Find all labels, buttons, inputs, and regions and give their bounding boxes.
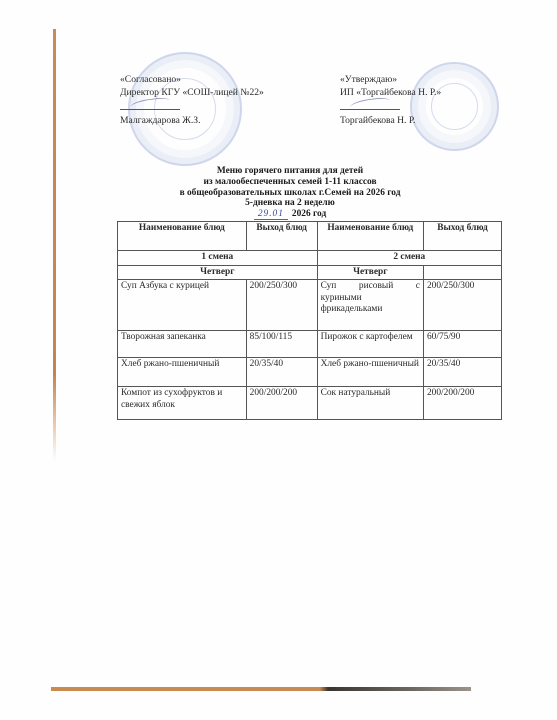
signature-icon bbox=[349, 96, 390, 112]
title-year: 2026 год bbox=[292, 209, 326, 219]
header-dish-name-1: Наименование блюд bbox=[118, 222, 247, 251]
table-row: Суп Азбука с курицей 200/250/300 Суп рис… bbox=[118, 280, 502, 331]
empty-cell bbox=[423, 265, 501, 280]
table-row: Творожная запеканка 85/100/115 Пирожок с… bbox=[118, 331, 502, 358]
portion-1: 200/200/200 bbox=[246, 387, 317, 420]
scan-edge-bottom bbox=[51, 687, 471, 691]
approval-position: ИП «Торгайбекова Н. Р.» bbox=[340, 87, 441, 100]
approval-block-approved: «Утверждаю» ИП «Торгайбекова Н. Р.» Торг… bbox=[340, 74, 441, 127]
approval-label: «Согласовано» bbox=[120, 74, 264, 87]
portion-2: 20/35/40 bbox=[423, 358, 501, 387]
day-row: Четверг Четверг bbox=[118, 265, 502, 280]
header-dish-name-2: Наименование блюд bbox=[317, 222, 423, 251]
approval-name: Торгайбекова Н. Р. bbox=[340, 115, 441, 128]
title-line-4: 5-дневка на 2 неделю bbox=[140, 198, 440, 209]
dish-2: Суп рисовый с куриными фрикадельками bbox=[317, 280, 423, 331]
shift-row: 1 смена 2 смена bbox=[118, 251, 502, 266]
portion-2: 200/200/200 bbox=[423, 387, 501, 420]
title-line-3: в общеобразовательных школах г.Семей на … bbox=[140, 188, 440, 199]
table-header-row: Наименование блюд Выход блюд Наименовани… bbox=[118, 222, 502, 251]
approval-block-agreed: «Согласовано» Директор КГУ «СОШ-лицей №2… bbox=[120, 74, 264, 127]
dish-1: Компот из сухофруктов и свежих яблок bbox=[118, 387, 247, 420]
table-row: Хлеб ржано-пшеничный 20/35/40 Хлеб ржано… bbox=[118, 358, 502, 387]
day-1-label: Четверг bbox=[118, 265, 318, 280]
dish-1: Суп Азбука с курицей bbox=[118, 280, 247, 331]
dish-1: Творожная запеканка bbox=[118, 331, 247, 358]
table-row: Компот из сухофруктов и свежих яблок 200… bbox=[118, 387, 502, 420]
approval-label: «Утверждаю» bbox=[340, 74, 441, 87]
header-portion-2: Выход блюд bbox=[423, 222, 501, 251]
header-portion-1: Выход блюд bbox=[246, 222, 317, 251]
menu-table: Наименование блюд Выход блюд Наименовани… bbox=[117, 221, 502, 420]
dish-2: Сок натуральный bbox=[317, 387, 423, 420]
scan-edge-left bbox=[53, 29, 56, 461]
shift-1-label: 1 смена bbox=[118, 251, 318, 266]
dish-2: Хлеб ржано-пшеничный bbox=[317, 358, 423, 387]
portion-1: 200/250/300 bbox=[246, 280, 317, 331]
document-title: Меню горячего питания для детей из малоо… bbox=[140, 166, 440, 220]
dish-2: Пирожок с картофелем bbox=[317, 331, 423, 358]
portion-1: 85/100/115 bbox=[246, 331, 317, 358]
approval-name: Малгаждарова Ж.З. bbox=[120, 115, 264, 128]
signature-icon bbox=[129, 96, 170, 112]
portion-2: 60/75/90 bbox=[423, 331, 501, 358]
portion-2: 200/250/300 bbox=[423, 280, 501, 331]
signature-line bbox=[120, 99, 180, 110]
handwritten-date: 29.01 bbox=[254, 209, 288, 220]
signature-line bbox=[340, 99, 400, 110]
day-2-label: Четверг bbox=[317, 265, 423, 280]
approval-position: Директор КГУ «СОШ-лицей №22» bbox=[120, 87, 264, 100]
shift-2-label: 2 смена bbox=[317, 251, 501, 266]
title-line-2: из малообеспеченных семей 1-11 классов bbox=[140, 177, 440, 188]
portion-1: 20/35/40 bbox=[246, 358, 317, 387]
dish-1: Хлеб ржано-пшеничный bbox=[118, 358, 247, 387]
title-line-1: Меню горячего питания для детей bbox=[140, 166, 440, 177]
title-date-line: 29.012026 год bbox=[140, 209, 440, 220]
